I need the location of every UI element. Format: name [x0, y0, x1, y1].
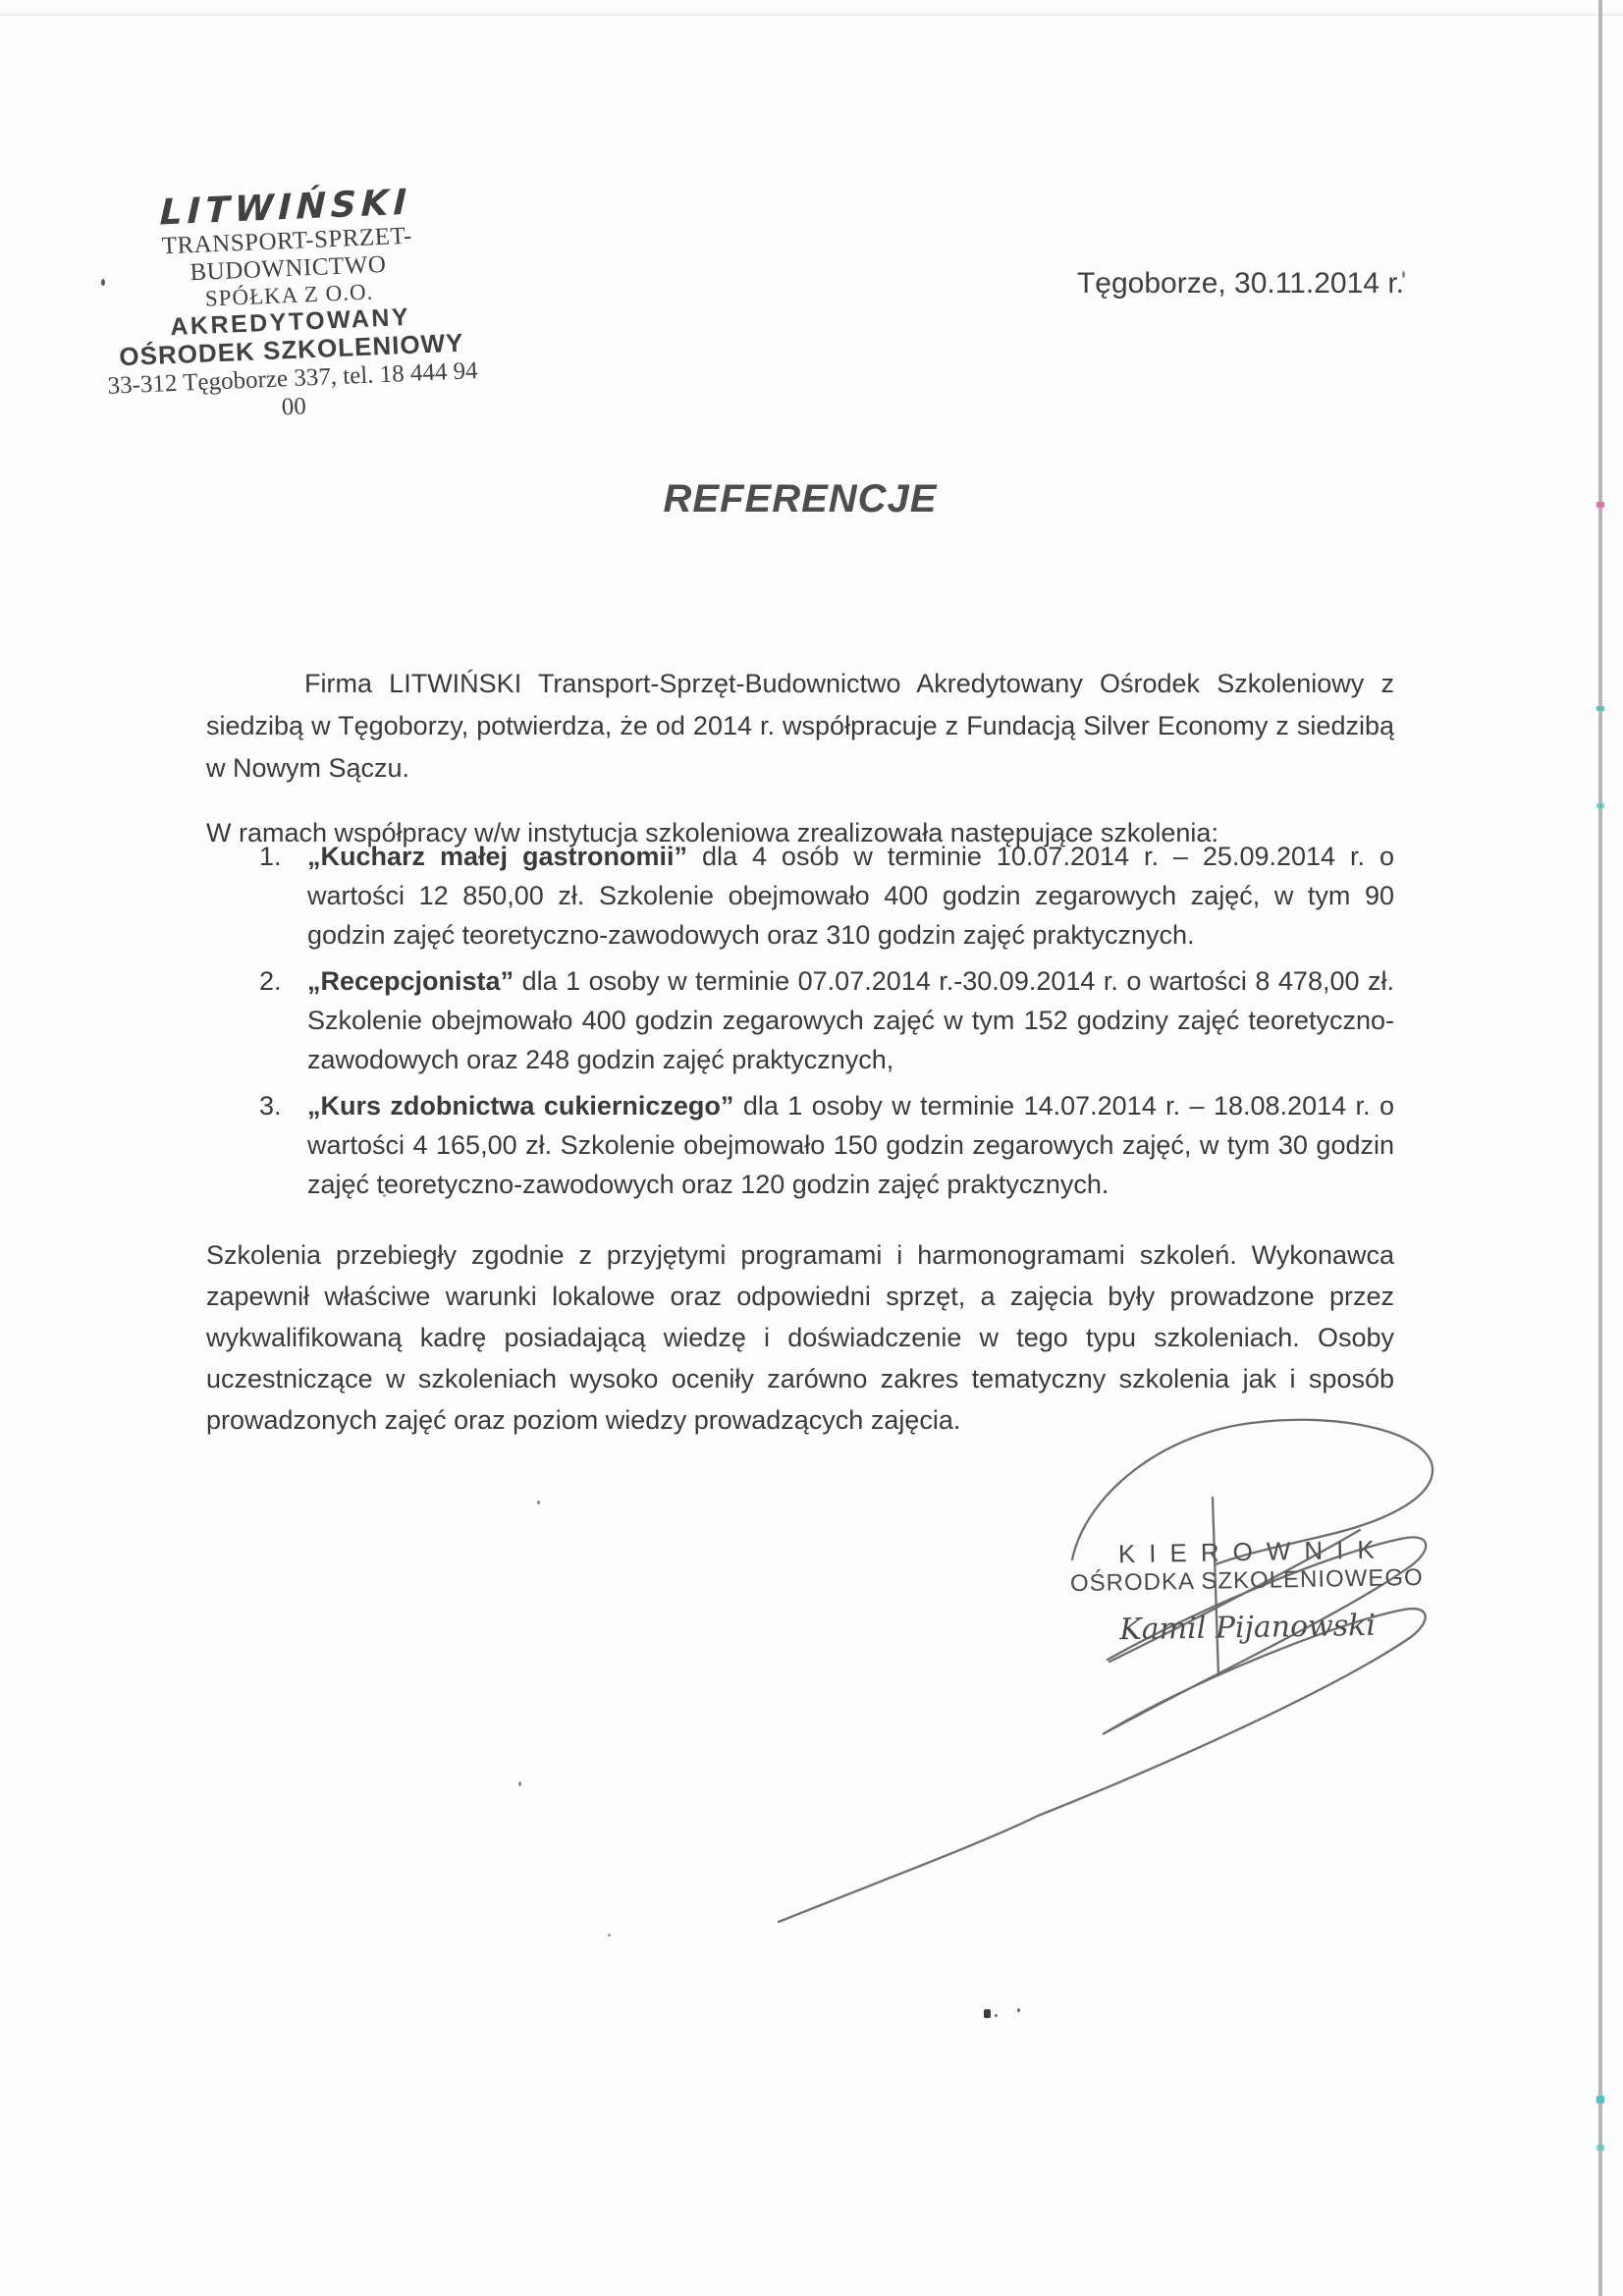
scan-tick-cyan — [1596, 803, 1604, 808]
signature-zigzag-stroke — [779, 1537, 1426, 1922]
handwritten-signature — [471, 1375, 1473, 1964]
list-item: 1.„Kucharz małej gastronomii” dla 4 osób… — [206, 837, 1394, 955]
signature-descender-stroke — [1109, 1530, 1360, 1662]
document-title: REFERENCJE — [206, 477, 1394, 521]
course-name: „Recepcjonista” — [307, 966, 514, 996]
scan-speck — [995, 2014, 998, 2017]
signature-ellipse-stroke — [1072, 1420, 1433, 1564]
scan-speck — [1017, 2008, 1020, 2012]
trainings-list: 1.„Kucharz małej gastronomii” dla 4 osób… — [206, 837, 1394, 1211]
place-and-date: Tęgoborze, 30.11.2014 r. — [1031, 267, 1404, 301]
scan-tick-cyan — [1596, 2096, 1604, 2104]
scan-tick-pink — [1596, 502, 1604, 508]
course-name: „Kurs zdobnictwa cukierniczego” — [307, 1091, 733, 1121]
scan-tick-cyan — [1596, 706, 1604, 711]
company-stamp: LITWIŃSKI TRANSPORT-SPRZET-BUDOWNICTWO S… — [93, 181, 486, 429]
list-item: 3.„Kurs zdobnictwa cukierniczego” dla 1 … — [206, 1086, 1394, 1204]
scanned-reference-letter: LITWIŃSKI TRANSPORT-SPRZET-BUDOWNICTWO S… — [0, 0, 1623, 2296]
list-item-number: 3. — [259, 1086, 282, 1125]
list-item: 2.„Recepcjonista” dla 1 osoby w terminie… — [206, 961, 1394, 1079]
scan-tick-cyan — [1596, 2145, 1604, 2151]
course-name: „Kucharz małej gastronomii” — [307, 842, 687, 871]
scan-speck — [984, 2009, 991, 2018]
intro-paragraph: Firma LITWIŃSKI Transport-Sprzęt-Budowni… — [206, 663, 1394, 790]
list-item-number: 2. — [259, 961, 282, 1001]
list-item-number: 1. — [259, 837, 282, 876]
signature-vertical-stroke — [1213, 1498, 1218, 1675]
scan-right-line — [1598, 0, 1602, 2296]
scan-top-hairline — [0, 14, 1623, 16]
